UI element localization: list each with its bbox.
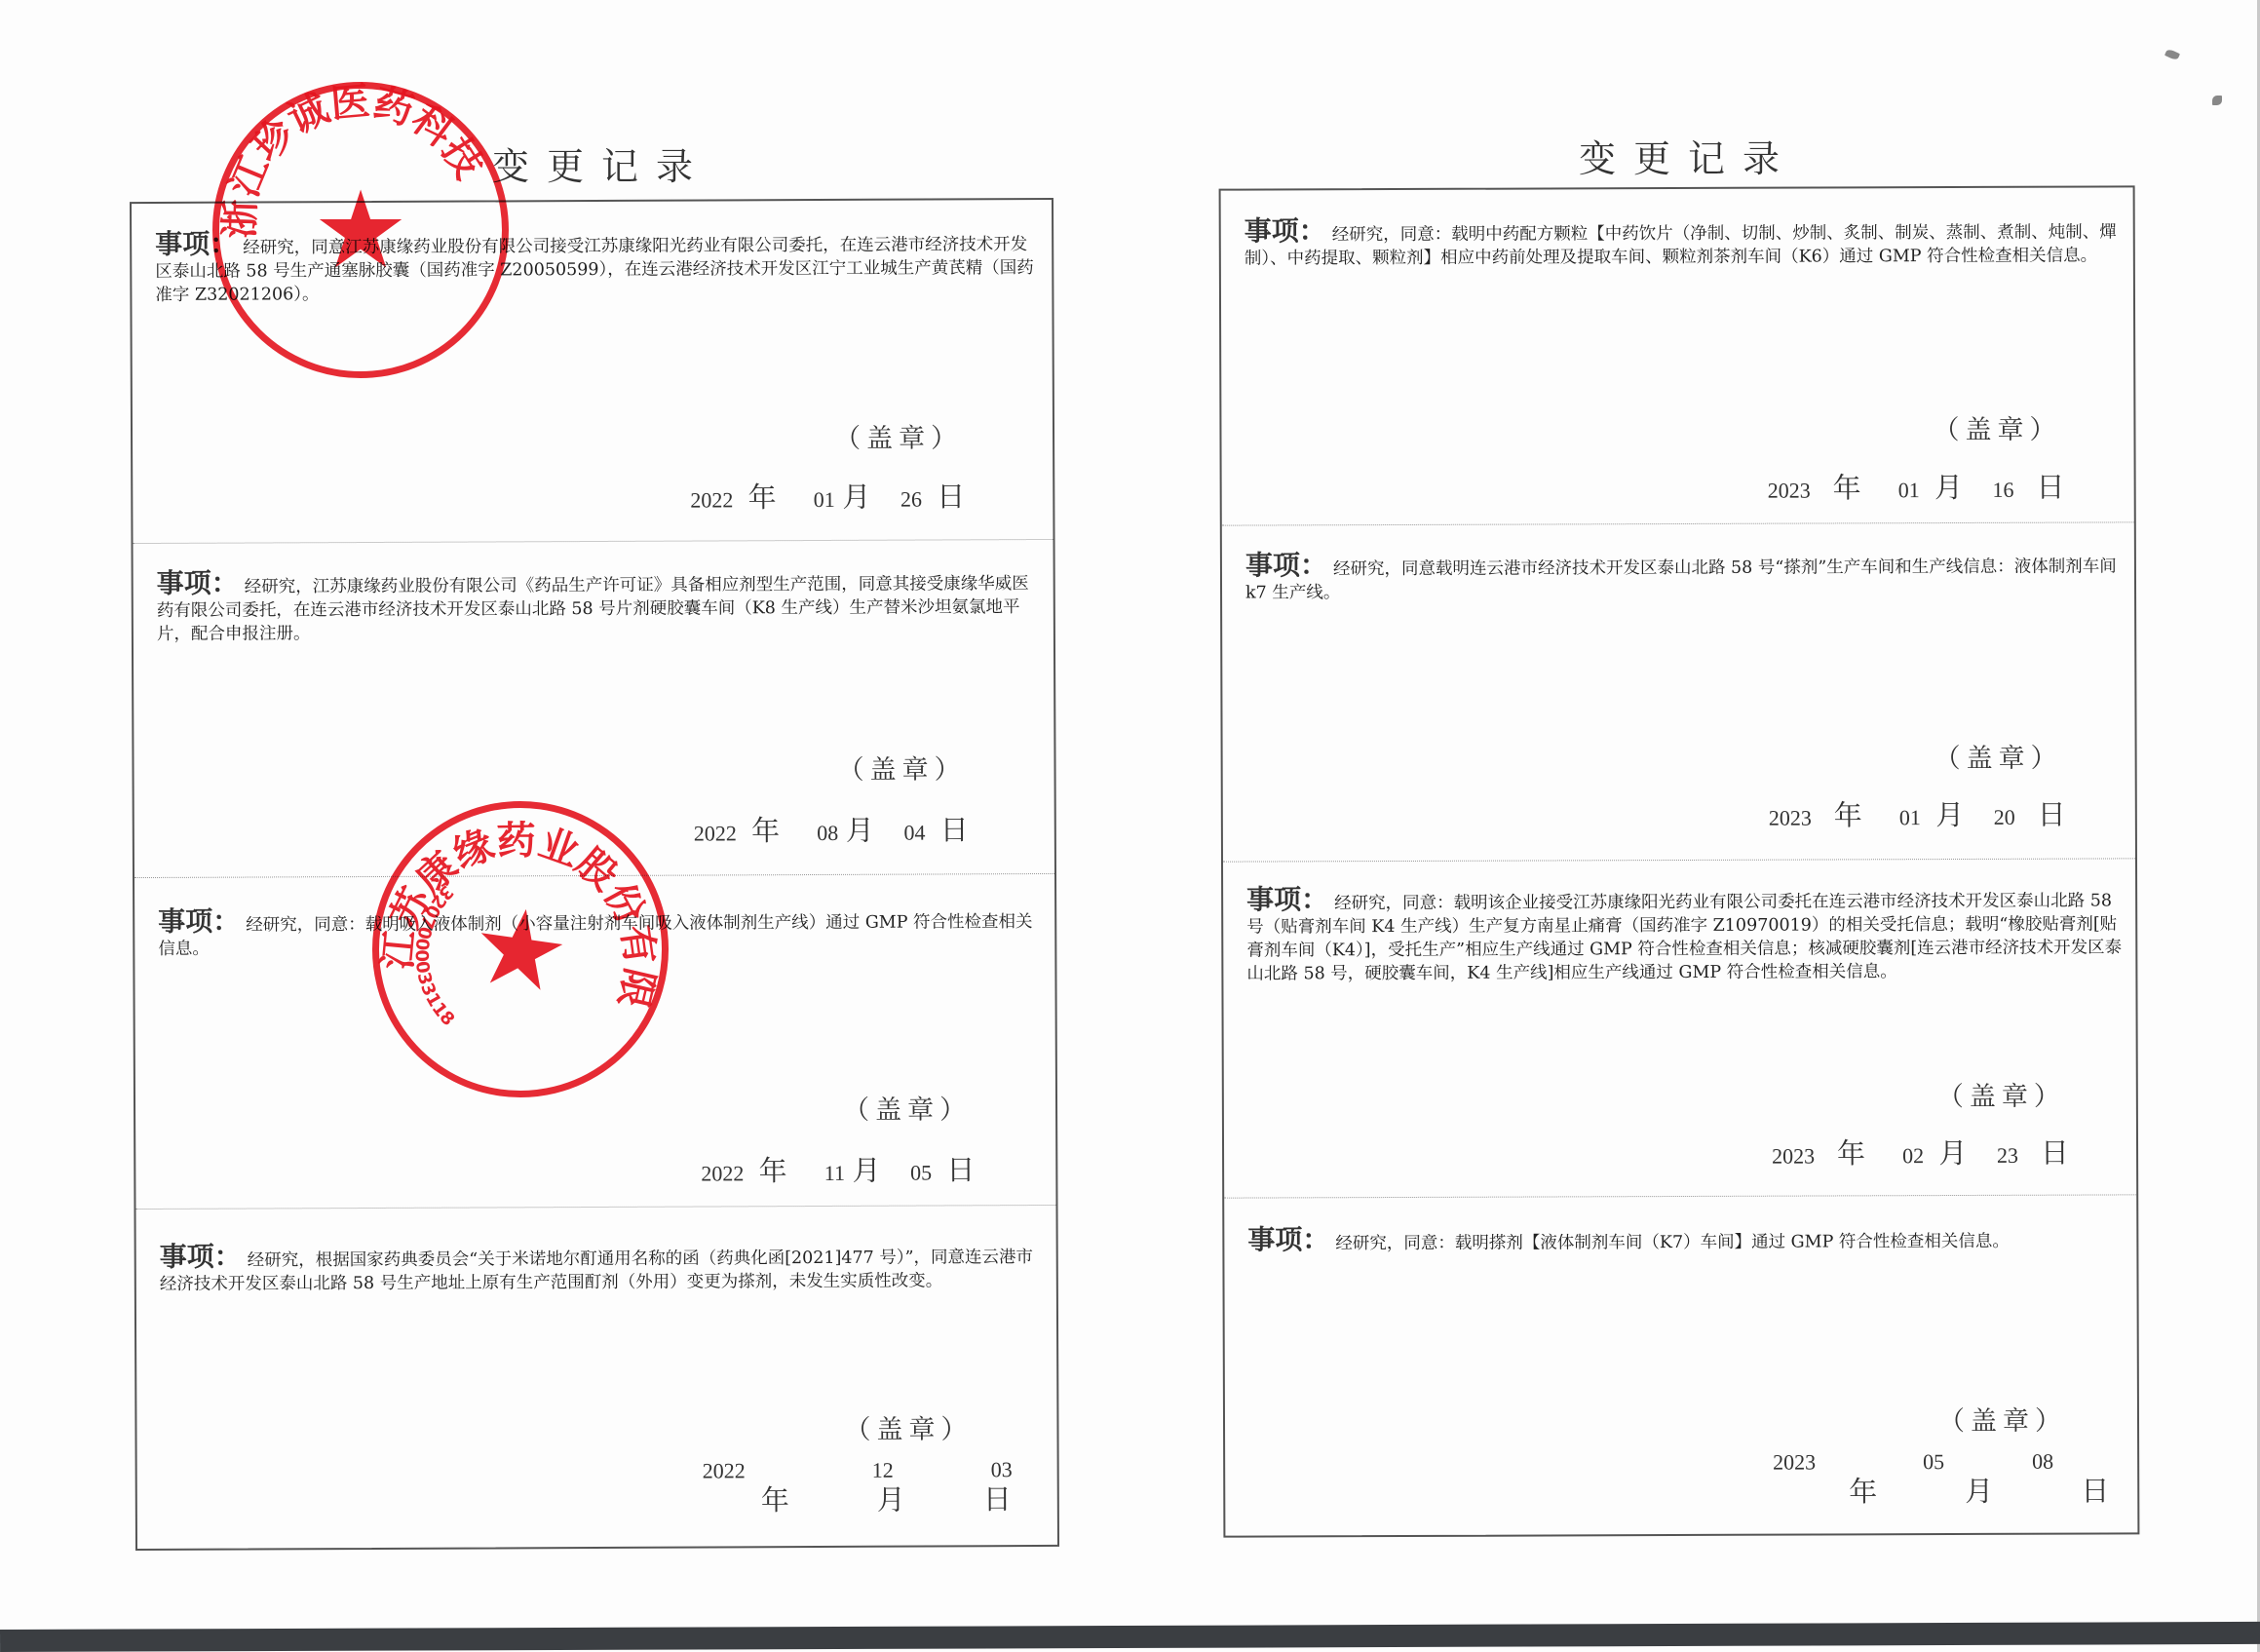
star-icon: ★	[313, 176, 409, 284]
record-date: 2022 年 11 月 05 日	[701, 1148, 975, 1189]
record-text: 经研究，同意：载明搽剂【液体制剂车间（K7）车间】通过 GMP 符合性检查相关信…	[1335, 1232, 2010, 1253]
record-text: 经研究，同意载明连云港市经济技术开发区泰山北路 58 号“搽剂”生产车间和生产线…	[1245, 557, 2117, 602]
record-text: 经研究，同意：载明中药配方颗粒【中药饮片（净制、切制、炒制、炙制、制炭、蒸制、煮…	[1245, 222, 2117, 268]
seal-label: （盖章）	[837, 748, 966, 787]
change-record-entry: 事项：经研究，同意：载明该企业接受江苏康缘阳光药业有限公司委托在连云港市经济技术…	[1223, 858, 2136, 1198]
record-text: 经研究，同意：载明该企业接受江苏康缘阳光药业有限公司委托在连云港市经济技术开发区…	[1246, 891, 2122, 983]
record-date: 20230508 年月日	[1773, 1445, 2109, 1508]
right-change-record-page: 事项：经研究，同意：载明中药配方颗粒【中药饮片（净制、切制、炒制、炙制、制炭、蒸…	[1219, 185, 2140, 1537]
item-label: 事项：	[1245, 214, 1326, 247]
item-label: 事项：	[157, 567, 239, 599]
record-text: 经研究，根据国家药典委员会“关于米诺地尔酊通用名称的函（药典化函[2021]47…	[160, 1248, 1033, 1294]
item-label: 事项：	[1245, 549, 1327, 581]
left-page-title: 变更记录	[492, 136, 710, 190]
company-seal-stamp: 江苏康缘药业股份有限公司 3207000033118 ★	[353, 782, 687, 1116]
item-label: 事项：	[160, 1241, 242, 1273]
seal-label: （盖章）	[844, 1407, 973, 1446]
item-label: 事项：	[1247, 1223, 1329, 1255]
record-date: 2023 年 01 月 20 日	[1769, 793, 2066, 834]
record-date: 20221203 年月日	[703, 1454, 1013, 1517]
change-record-entry: 事项：经研究，同意：载明中药配方颗粒【中药饮片（净制、切制、炒制、炙制、制炭、蒸…	[1221, 187, 2134, 525]
record-text: 经研究，江苏康缘药业股份有限公司《药品生产许可证》具备相应剂型生产范围，同意其接…	[157, 574, 1029, 644]
change-record-entry: 事项：经研究，根据国家药典委员会“关于米诺地尔酊通用名称的函（药典化函[2021…	[135, 1205, 1057, 1549]
seal-label: （盖章）	[1937, 1075, 2066, 1113]
seal-label: （盖章）	[1934, 737, 2063, 775]
record-date: 2023 年 01 月 16 日	[1768, 466, 2065, 507]
change-record-entry: 事项：经研究，同意载明连云港市经济技术开发区泰山北路 58 号“搽剂”生产车间和…	[1222, 521, 2135, 862]
scan-artifact	[2164, 48, 2180, 60]
record-date: 2022 年 08 月 04 日	[694, 808, 969, 849]
right-page-title: 变更记录	[1579, 129, 1797, 182]
record-date: 2023 年 02 月 23 日	[1772, 1132, 2069, 1172]
star-icon: ★	[466, 890, 576, 1010]
seal-label: （盖章）	[1938, 1400, 2067, 1438]
seal-label: （盖章）	[834, 416, 963, 455]
item-label: 事项：	[158, 905, 240, 938]
scan-artifact	[2212, 96, 2222, 105]
scanner-bed-edge	[0, 1622, 2260, 1652]
record-date: 2022 年 01 月 26 日	[690, 475, 965, 516]
seal-label: （盖章）	[843, 1088, 972, 1127]
change-record-entry: 事项：经研究，同意：载明搽剂【液体制剂车间（K7）车间】通过 GMP 符合性检查…	[1224, 1194, 2137, 1535]
item-label: 事项：	[1246, 883, 1328, 915]
official-seal-stamp: 浙江珍诚医药科技 ★	[212, 82, 509, 378]
seal-label: （盖章）	[1933, 408, 2061, 446]
